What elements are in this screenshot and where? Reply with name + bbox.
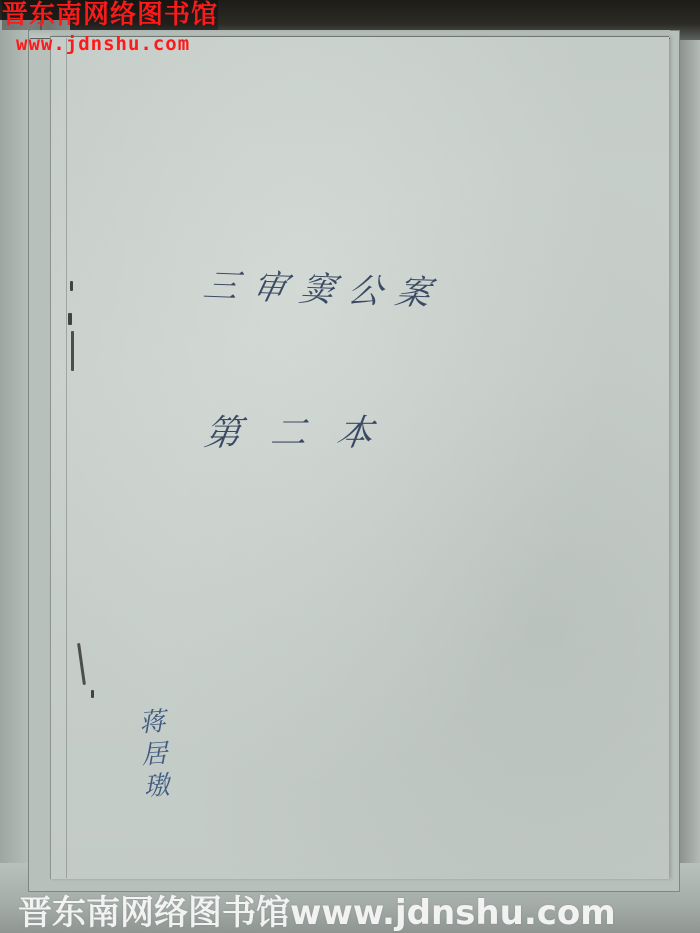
binding-fold-line [66,38,67,878]
binding-hole-mark [68,313,72,325]
staple-top [71,331,74,371]
volume-label: 第二本 [201,405,406,456]
binding-hole-mark [70,281,73,291]
watermark-top-title: 晋东南网络图书馆 [2,0,218,30]
watermark-bottom: 晋东南网络图书馆www.jdnshu.com [18,893,616,933]
manuscript-title: 三审窦公案 [200,258,450,315]
watermark-bottom-title: 晋东南网络图书馆 [18,893,290,933]
binding-hole-mark [91,690,94,698]
author-signature: 蒋居璈 [130,707,175,805]
watermark-top-url: www.jdnshu.com [16,34,190,54]
photo-scene: 三审窦公案 第二本 蒋居璈 晋东南网络图书馆 www.jdnshu.com 晋东… [0,0,700,933]
watermark-bottom-url: www.jdnshu.com [290,893,616,933]
